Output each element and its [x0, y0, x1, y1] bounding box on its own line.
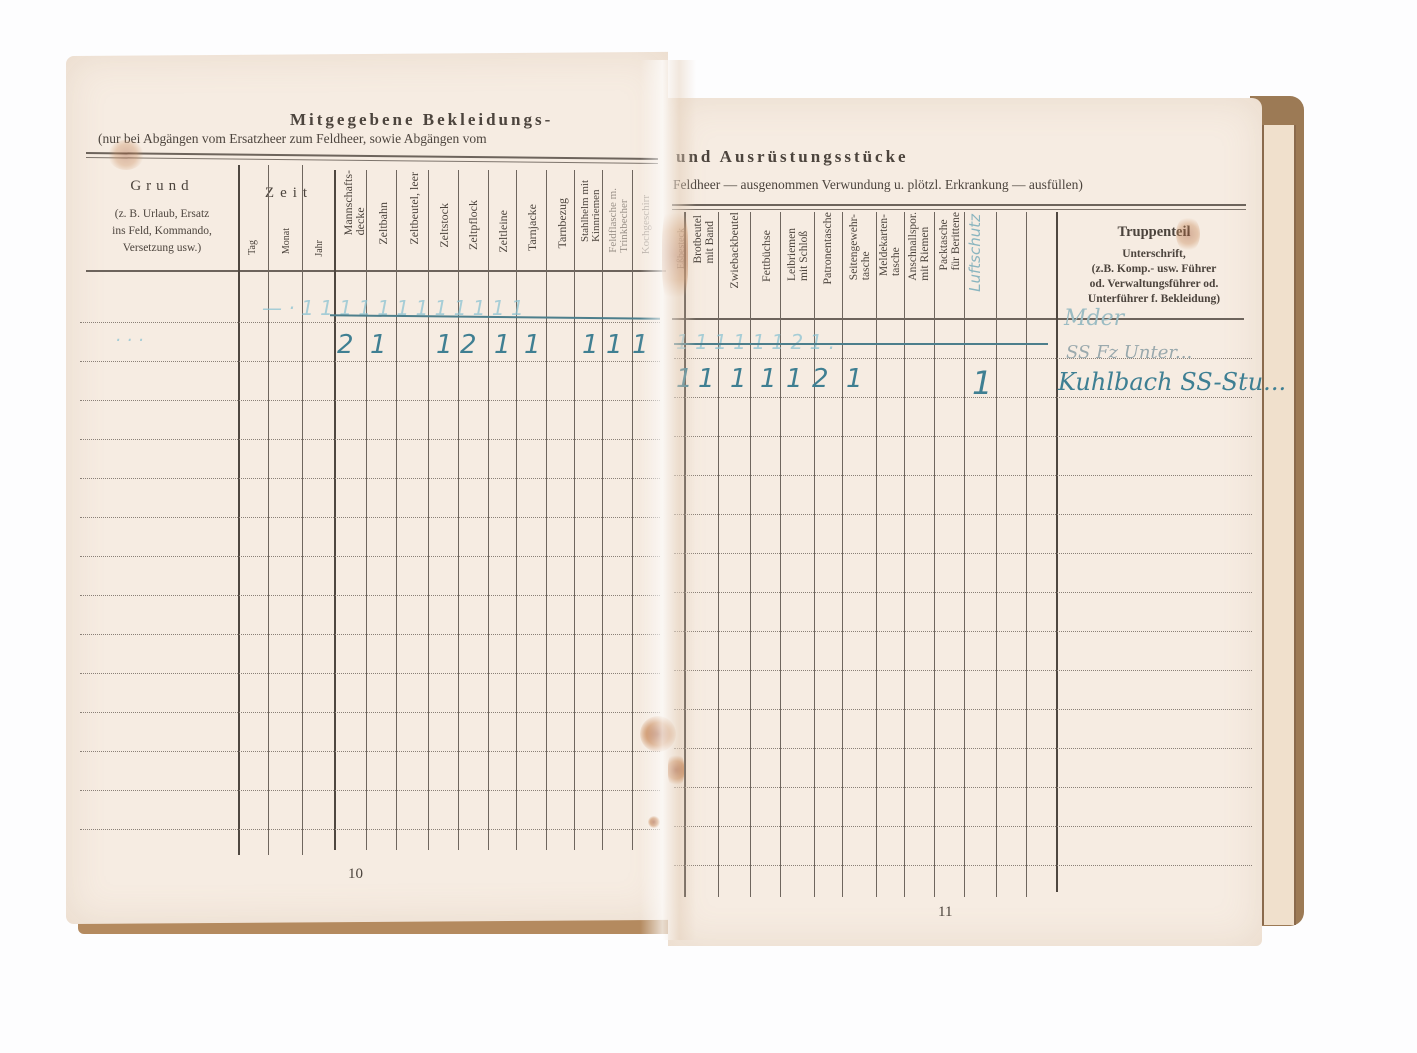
right-column-line [876, 212, 877, 897]
entry-brotbeutel: 1 [698, 364, 715, 394]
signature-row1: Mder [1064, 306, 1124, 331]
right-page-subtitle: Feldheer — ausgenommen Verwundung u. plö… [673, 177, 1083, 193]
strike-line-right [674, 343, 1048, 345]
grund-note-line: ins Feld, Kommando, [88, 223, 236, 240]
header-zeltbahn: Zeltbahn [377, 202, 389, 245]
header-patronentasche: Patronentasche [821, 212, 833, 285]
header-tarnbezug: Tarnbezug [556, 198, 568, 248]
right-column-header-rule [672, 318, 1244, 320]
struck-row-right-values: 1 1 1 1 1 1 2 1 . [676, 330, 835, 354]
truppenteil-note-line: Unterschrift, [1058, 247, 1250, 262]
right-column-line [934, 212, 935, 897]
left-column-header-rule [86, 270, 666, 272]
faded-grund-entry: · · · [115, 330, 144, 351]
grund-header: Grund [88, 178, 236, 195]
zeit-monat-header: Monat [281, 228, 293, 254]
zeit-header: Zeit [240, 185, 338, 202]
right-row-line [674, 397, 1252, 398]
truppenteil-note: Unterschrift, (z.B. Komp.- usw. Führer o… [1058, 247, 1250, 307]
header-leibriemen: Leibriemen mit Schloß [786, 228, 810, 281]
entry-zwiebackbeutel: 1 [730, 364, 747, 394]
right-row-line [674, 748, 1252, 749]
left-page-title: Mitgegebene Bekleidungs- [290, 110, 553, 130]
right-column-line [1026, 212, 1027, 897]
left-column-line [488, 170, 489, 850]
left-row-line [80, 478, 660, 479]
signature-row3: Kuhlbach SS-Stu... [1058, 368, 1286, 396]
header-meldekartentasche: Meldekarten- tasche [878, 214, 902, 276]
header-anschnallsporen: Anschnallspor. mit Riemen [907, 212, 931, 281]
entry-feldflasche: 1 [606, 330, 623, 360]
right-row-line [674, 787, 1252, 788]
entry-seitengewehrtasche: 1 [846, 364, 863, 394]
page-number-right: 11 [938, 904, 952, 921]
header-packtasche: Packtasche für Berittene [938, 212, 962, 270]
entry-extra-column: 1 [972, 364, 992, 402]
header-zwiebackbeutel: Zwiebackbeutel [728, 212, 740, 289]
header-tarnjacke: Tarnjacke [526, 204, 538, 251]
right-row-line [674, 553, 1252, 554]
entry-zeltstock: 1 [436, 330, 453, 360]
right-column-line [814, 212, 815, 897]
right-row-line [674, 826, 1252, 827]
left-row-line [80, 517, 660, 518]
left-row-line [80, 634, 660, 635]
header-zeltstock: Zeltstock [438, 203, 450, 248]
left-row-line [80, 322, 660, 323]
grund-note-line: Versetzung usw.) [88, 240, 236, 257]
right-column-line [964, 212, 965, 897]
left-column-line [602, 170, 603, 850]
truppenteil-header: Truppenteil [1058, 224, 1250, 241]
right-column-line [750, 212, 751, 897]
entry-zeltpflock: 2 [460, 330, 477, 360]
truppenteil-note-line: Unterführer f. Bekleidung) [1058, 292, 1250, 307]
header-seitengewehrtasche: Seitengewehr- tasche [848, 214, 872, 280]
right-row-line [674, 631, 1252, 632]
book-fold [640, 60, 696, 940]
grund-note: (z. B. Urlaub, Ersatz ins Feld, Kommando… [88, 206, 236, 257]
grund-note-line: (z. B. Urlaub, Ersatz [88, 206, 236, 223]
left-page-subtitle: (nur bei Abgängen vom Ersatzheer zum Fel… [98, 131, 487, 147]
left-column-line [632, 170, 633, 850]
entry-tarnjacke: 1 [524, 330, 541, 360]
page-number-left: 10 [348, 866, 363, 883]
entry-zeltbahn: 1 [370, 330, 387, 360]
left-row-line [80, 595, 660, 596]
header-stahlhelm: Stahlhelm mit Kinnriemen [580, 180, 602, 242]
header-mannschaftsdecke: Mannschafts- decke [342, 170, 366, 235]
entry-zeltleine: 1 [494, 330, 511, 360]
left-column-line [574, 170, 575, 850]
right-column-line [904, 212, 905, 897]
right-row-line [674, 514, 1252, 515]
right-row-line [674, 436, 1252, 437]
left-row-line [80, 673, 660, 674]
right-row-line [674, 670, 1252, 671]
rust-stain [108, 140, 144, 170]
entry-fettbuechse: 1 [760, 364, 777, 394]
entry-leibriemen: 1 [786, 364, 803, 394]
rust-stain [1176, 216, 1200, 252]
right-header-rule-thin [672, 209, 1246, 210]
right-column-line [996, 212, 997, 897]
left-column-line [546, 170, 547, 850]
left-row-line [80, 400, 660, 401]
left-row-line [80, 439, 660, 440]
left-row-line [80, 361, 660, 362]
truppenteil-note-line: (z.B. Komp.- usw. Führer [1058, 262, 1250, 277]
right-row-line [674, 592, 1252, 593]
left-row-line [80, 556, 660, 557]
truppenteil-note-line: od. Verwaltungsführer od. [1058, 277, 1250, 292]
entry-patronentasche: 2 [812, 364, 829, 394]
header-handwritten-extra: Luftschutz [966, 214, 984, 292]
header-zeltpflock: Zeltpflock [467, 200, 479, 250]
left-column-line [396, 170, 397, 850]
right-page-title: und Ausrüstungsstücke [676, 147, 909, 167]
zeit-jahr-header: Jahr [314, 240, 326, 257]
left-column-line [516, 170, 517, 850]
left-row-line [80, 829, 660, 830]
page-stack-edge [1262, 125, 1296, 925]
right-column-line [1056, 212, 1058, 892]
entry-stahlhelm: 1 [582, 330, 599, 360]
entry-mannschaftsdecke: 2 [337, 330, 354, 360]
zeit-tag-header: Tag [247, 240, 259, 255]
left-row-line [80, 712, 660, 713]
left-column-line [428, 170, 429, 850]
right-row-line [674, 709, 1252, 710]
right-row-line [674, 475, 1252, 476]
header-zeltbeutel: Zeltbeutel, leer [408, 172, 420, 245]
right-header-rule [672, 204, 1246, 206]
left-column-line [458, 170, 459, 850]
right-row-line [674, 865, 1252, 866]
header-zeltleine: Zeltleine [497, 210, 509, 253]
right-column-line [780, 212, 781, 897]
left-row-line [80, 790, 660, 791]
header-fettbuechse: Fettbüchse [760, 230, 772, 282]
right-column-line [842, 212, 843, 897]
signature-row2: SS Fz Unter... [1066, 342, 1192, 363]
header-feldflasche: Feldflasche m. Trinkbecher [608, 188, 630, 253]
right-column-line [718, 212, 719, 897]
left-column-line [366, 170, 367, 850]
left-row-line [80, 751, 660, 752]
left-column-line [334, 170, 336, 850]
